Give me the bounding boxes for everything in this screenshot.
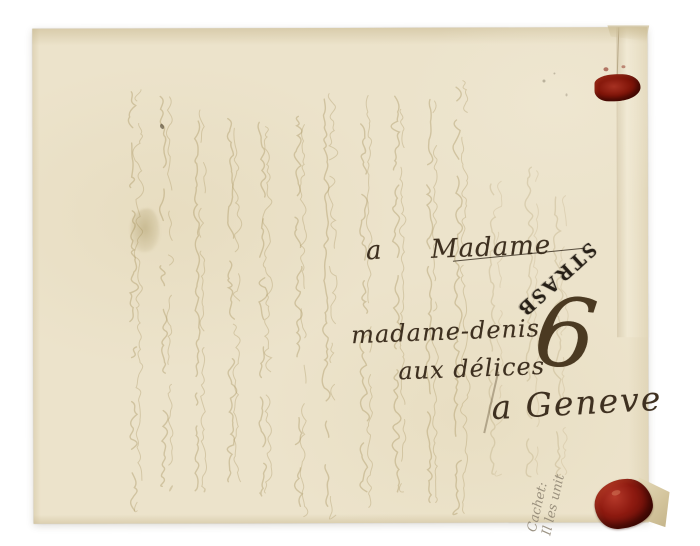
address-word-a: a: [365, 236, 382, 267]
postal-rate-mark: 6: [530, 282, 602, 385]
address-recipient: madame-denis: [351, 314, 541, 349]
ink-speck: [542, 79, 545, 82]
letter-paper: a Madame STRASB madame-denis aux délices…: [32, 27, 648, 524]
wax-speck: [621, 65, 625, 68]
ink-speck: [566, 93, 568, 96]
address-word-madame: Madame: [430, 230, 551, 264]
address-city: a Geneve: [490, 379, 663, 427]
pencil-cachet-note: Cachet: Il les unit: [525, 415, 584, 538]
wax-speck: [603, 67, 608, 71]
address-residence: aux délices: [398, 352, 546, 385]
photograph-of-letter: a Madame STRASB madame-denis aux délices…: [0, 0, 700, 546]
ink-speck: [553, 72, 555, 74]
foxing-stain: [130, 208, 160, 252]
ink-speck: [159, 123, 165, 129]
